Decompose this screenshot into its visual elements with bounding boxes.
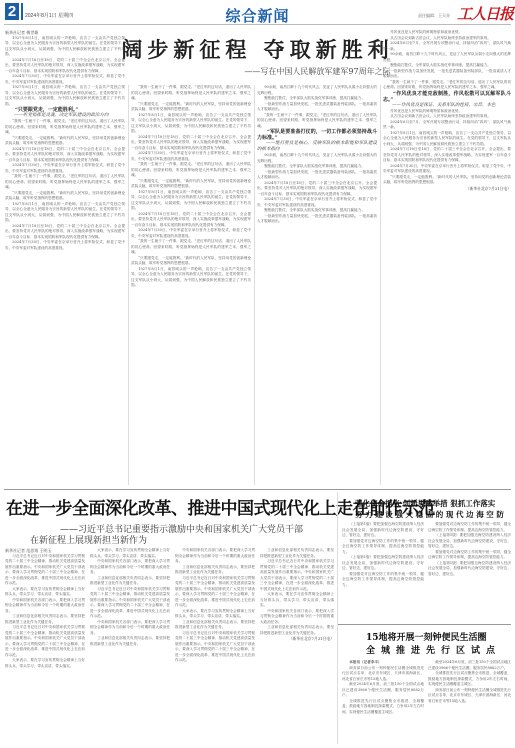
paragraph: 1927年8月1日，南昌城头的一声枪响，宣告了一支由共产党独立领导、以全心全意为… <box>5 202 125 224</box>
paragraph: 聚焦能打胜仗，全军部队大抓实战化军事训练，提高打赢能力。 <box>257 164 377 170</box>
paragraph: 大家表示，要在学习宣传贯彻全会精神上当好排头兵，带头学习、带头宣讲、带头落实。 <box>260 592 334 609</box>
article2-subhead-2: 在新征程上展现新担当新作为 <box>30 533 147 546</box>
paragraph: 工业和信息化部相关负责同志表示，要坚持把推进新型工业化作为关键任务。 <box>260 625 334 636</box>
paragraph: 中央和国家机关各部门表示，要把深入学习贯彻全会精神作为当前和今后一个时期的重大政… <box>90 559 170 576</box>
paragraph: 90余载，南昌江畔十九个时代风云，见证了人民军队从弱小走向强大的光辉历程。 <box>257 85 377 96</box>
paragraph: 90余载，南昌江畔十九个时代风云，见证了人民军队从弱小走向强大的光辉历程。 <box>257 153 377 164</box>
lead-column-1: 新华社记者 梅世雄 1927年8月1日，南昌城头的一声枪响，宣告了一支由共产党独… <box>5 30 125 485</box>
paragraph: 2024年7月18日至18日，党的二十届三中全会在北京召开。全会提出，要坚持党对… <box>5 58 125 75</box>
paragraph: 2024年7月30日，中央军委在京举行晋升上将军衔仪式，彰显了党中央、中央军委对… <box>5 240 125 251</box>
article3-column-2: 要加强党对边海空防工作的集中统一领导，健全边海空防工作领导体制，提高边海空防管控… <box>428 522 511 620</box>
paragraph: 2024年7月30日，中央军委在京举行晋升上将军衔仪式，彰显了党中央、中央军委对… <box>131 228 251 239</box>
column-rule <box>128 85 129 485</box>
paragraph: 1927年8月1日，南昌城头的一声枪响，宣告了一支由共产党独立领导、以全心全意为… <box>5 36 125 58</box>
paragraph: 工业和信息化部相关负责同志表示，要坚持把推进新型工业化作为关键任务。 <box>90 636 170 647</box>
paragraph: “我的一生就干了一件事，跟党走。”老红军的这句话，道出了人民军队的初心使命。回望… <box>5 119 125 136</box>
article4-column-1: 本报讯（记者李丰） 商务部日前公布一刻钟便民生活圈全城推进先行区试点名单，北京市… <box>342 660 424 746</box>
paragraph: 习近平总书记近日对中央和国家机关学习贯彻党的二十届三中全会精神、推动机关党建高质… <box>175 576 255 609</box>
lead-column-2: “我的一生就干了一件事，跟党走。”老红军的这句话，道出了人民军队的初心使命。回望… <box>131 85 251 485</box>
lead-column-4: 作风优良是人民军队的鲜明特质和政治优势。 从古田会议到新古田会议，人民军队始终坚… <box>383 30 511 485</box>
paragraph: “只要跟党走，一定能胜利。”新时代的人民军队，坚持用党的创新理论武装头脑，筑牢听… <box>5 136 125 147</box>
paragraph: 2024年7月30日，中央军委在京举行晋升上将军衔仪式，彰显了党中央、中央军委对… <box>131 151 251 162</box>
column-rule <box>337 492 338 744</box>
paragraph: 要加强党对边海空防工作的集中统一领导，健全边海空防工作领导体制，提高边海空防管控… <box>428 550 511 561</box>
article2-column-1: 新华社记者 范思翔 王明玉 习近平总书记近日对中央和国家机关学习贯彻党的二十届三… <box>5 548 85 744</box>
paragraph: 聚焦能打胜仗，全军部队大抓实战化军事训练，提高打赢能力。 <box>257 208 377 214</box>
paragraph: 2024年7月18日至18日，党的二十届三中全会在北京召开。全会提出，要坚持党对… <box>383 147 511 164</box>
paragraph: 全城推进先行区试点聚焦全市推进、全域覆盖，鼓励地方因地制宜探索模式，力争用2年左… <box>428 671 511 688</box>
paragraph: 1927年8月1日，南昌城头的一声枪响，宣告了一支由共产党独立领导、以全心全意为… <box>383 131 511 148</box>
paragraph: “我的一生就干了一件事，跟党走。”老红军的这句话，道出了人民军队的初心使命。回望… <box>131 162 251 179</box>
paragraph: 工业和信息化部相关负责同志表示，要坚持把推进新型工业化作为关键任务。 <box>260 548 334 559</box>
paragraph: “我的一生就干了一件事，跟党走。”老红军的这句话，道出了人民军队的初心使命。回望… <box>383 80 511 91</box>
paragraph: 习近平总书记近日对中央和国家机关学习贯彻党的二十届三中全会精神、推动机关党建高质… <box>90 587 170 620</box>
article4-column-2: 截至2024年6月底，前三批150个全国试点地区已建设3966个便民生活圈，服务… <box>428 660 511 746</box>
paragraph: 聚焦能打胜仗，全军部队大抓实战化军事训练，提高打赢能力。 <box>257 96 377 102</box>
article2-column-4: 工业和信息化部相关负责同志表示，要坚持把推进新型工业化作为关键任务。 习近平总书… <box>260 548 334 744</box>
paragraph: 要加强党对边海空防工作的集中统一领导，健全边海空防工作领导体制，提高边海空防管控… <box>342 539 424 556</box>
section-subheading: ——能打胜仗是核心，反映军队的根本职能和军队建设的根本指向 <box>257 141 377 153</box>
paragraph: 工业和信息化部相关负责同志表示，要坚持把推进新型工业化作为关键任务。 <box>5 614 85 625</box>
paragraph: “只要跟党走，一定能胜利。”新时代的人民军队，坚持用党的创新理论武装头脑，筑牢听… <box>131 256 251 267</box>
paragraph: 中央和国家机关各部门表示，要把深入学习贯彻全会精神作为当前和今后一个时期的重大政… <box>5 598 85 615</box>
paragraph: 一批新型作战力量加快发展，一批先进武器装备列装部队，一批高素质人才脱颖而出。 <box>383 69 511 80</box>
paragraph: 要加强党对边海空防工作的集中统一领导，健全边海空防工作领导体制，提高边海空防管控… <box>342 572 424 589</box>
editor-credit: 责任编辑：王天奇 <box>418 13 450 19</box>
column-rule <box>254 85 255 485</box>
paragraph: “只要跟党走，一定能胜利。”新时代的人民军队，坚持用党的创新理论武装头脑，筑牢听… <box>131 102 251 113</box>
paragraph: 截至2024年6月底，前三批150个全国试点地区已建设3966个便民生活圈，服务… <box>342 682 424 699</box>
paragraph: 大家表示，要在学习宣传贯彻全会精神上当好排头兵，带头学习、带头宣讲、带头落实。 <box>90 548 170 559</box>
paragraph: “我的一生就干了一件事，跟党走。”老红军的这句话，道出了人民军队的初心使命。回望… <box>131 239 251 256</box>
paragraph: 工业和信息化部相关负责同志表示，要坚持把推进新型工业化作为关键任务。 <box>175 565 255 576</box>
paragraph: 要加强党对边海空防工作的集中统一领导，健全边海空防工作领导体制，提高边海空防管控… <box>428 522 511 533</box>
paragraph: （上接第1版）要把加强边海空防建设纳入经济社会发展全局，加强新时代边海空防建设，… <box>342 522 424 539</box>
article2-column-3: 中央和国家机关各部门表示，要把深入学习贯彻全会精神作为当前和今后一个时期的重大政… <box>175 548 255 744</box>
paragraph: （上接第1版）要把加强边海空防建设纳入经济社会发展全局，加强新时代边海空防建设，… <box>342 555 424 572</box>
paragraph: 习近平总书记近日对中央和国家机关学习贯彻党的二十届三中全会精神、推动机关党建高质… <box>260 559 334 592</box>
paragraph: 大家表示，要在学习宣传贯彻全会精神上当好排头兵，带头学习、带头宣讲、带头落实。 <box>5 587 85 598</box>
article3-column-1: （上接第1版）要把加强边海空防建设纳入经济社会发展全局，加强新时代边海空防建设，… <box>342 522 424 620</box>
paragraph: 中央和国家机关各部门表示，要把深入学习贯彻全会精神作为当前和今后一个时期的重大政… <box>260 609 334 626</box>
article-divider <box>338 624 511 625</box>
header-divider <box>4 24 511 25</box>
paragraph: 习近平总书记近日对中央和国家机关学习贯彻党的二十届三中全会精神、推动机关党建高质… <box>175 631 255 664</box>
paragraph: 商务部日前公布一刻钟便民生活圈全城推进先行区试点名单，北京市东城区、天津市滨海新… <box>342 666 424 683</box>
paragraph: 一批新型作战力量加快发展，一批先进武器装备列装部队，一批高素质人才脱颖而出。 <box>257 170 377 181</box>
paragraph: “我的一生就干了一件事，跟党走。”老红军的这句话，道出了人民军队的初心使命。回望… <box>131 85 251 102</box>
paragraph: 一批新型作战力量加快发展，一批先进武器装备列装部队，一批高素质人才脱颖而出。 <box>257 214 377 225</box>
dateline: （新华社北京7月31日电） <box>260 636 334 642</box>
paragraph: 2024年7月30日，中央军委在京举行晋升上将军衔仪式，彰显了党中央、中央军委对… <box>257 197 377 208</box>
article2-column-2: 大家表示，要在学习宣传贯彻全会精神上当好排头兵，带头学习、带头宣讲、带头落实。 … <box>90 548 170 744</box>
article3-headline-1: 强化使命担当 创新思路举措 狠抓工作落实 <box>355 498 495 509</box>
article4-headline-1: 15地将开展一刻钟便民生活圈 <box>366 630 487 643</box>
paragraph: 大家表示，要在学习宣传贯彻全会精神上当好排头兵，带头学习、带头宣讲、带头落实。 <box>5 658 85 669</box>
article3-headline-2: 努力建设强大稳固的现代边海空防 <box>355 509 507 520</box>
paragraph: （上接第1版）要把加强边海空防建设纳入经济社会发展全局，加强新时代边海空防建设，… <box>428 561 511 578</box>
paragraph: “只要跟党走，一定能胜利。”新时代的人民军队，坚持用党的创新理论武装头脑，筑牢听… <box>5 191 125 202</box>
lead-column-3: 90余载，南昌江畔十九个时代风云，见证了人民军队从弱小走向强大的光辉历程。 聚焦… <box>257 85 377 485</box>
section-heading: “军队是要准备打仗的，一切工作都必须坚持战斗力标准。” <box>257 129 377 141</box>
paragraph: 2024年7月18日至18日，党的二十届三中全会在北京召开。全会提出，要坚持党对… <box>131 135 251 152</box>
paragraph: 1927年8月1日，南昌城头的一声枪响，宣告了一支由共产党独立领导、以全心全意为… <box>5 85 125 107</box>
paragraph: “我的一生就干了一件事，跟党走。”老红军的这句话，道出了人民军队的初心使命。回望… <box>257 113 377 130</box>
paragraph: 中央和国家机关各部门表示，要把深入学习贯彻全会精神作为当前和今后一个时期的重大政… <box>175 548 255 565</box>
paragraph: 2024年7月30日，中央军委在京举行晋升上将军衔仪式，彰显了党中央、中央军委对… <box>5 74 125 85</box>
section-subheading: ——作风优良是保证，关系军队的性质、宗旨、本色 <box>383 103 511 109</box>
paragraph: 1927年8月1日，南昌城头的一声枪响，宣告了一支由共产党独立领导、以全心全意为… <box>131 113 251 135</box>
paragraph: 2024年7月18日至18日，党的二十届三中全会在北京召开。全会提出，要坚持党对… <box>131 212 251 229</box>
paragraph: 工业和信息化部相关负责同志表示，要坚持把推进新型工业化作为关键任务。 <box>175 620 255 631</box>
column-rule <box>380 85 381 485</box>
paragraph: 中央和国家机关各部门表示，要把深入学习贯彻全会精神作为当前和今后一个时期的重大政… <box>90 620 170 637</box>
paragraph: 2024年7月18日至18日，党的二十届三中全会在北京召开。全会提出，要坚持党对… <box>257 181 377 198</box>
paragraph: 大家表示，要在学习宣传贯彻全会精神上当好排头兵，带头学习、带头宣讲、带头落实。 <box>175 609 255 620</box>
paragraph: 商务部日前公布一刻钟便民生活圈全城推进先行区试点名单，北京市东城区、天津市滨海新… <box>428 688 511 705</box>
article4-headline-2: 全城推进先行区试点 <box>366 643 501 656</box>
paragraph: 2024年7月18日至18日，党的二十届三中全会在北京召开。全会提出，要坚持党对… <box>5 224 125 241</box>
newspaper-logo: 工人日报 <box>457 3 513 24</box>
paragraph: 全城推进先行区试点聚焦全市推进、全域覆盖，鼓励地方因地制宜探索模式，力争用2年左… <box>342 699 424 716</box>
paragraph: 2024年6月至7月，全军开展专项整治行动，持续纠治“四风”，部队风气焕然一新。 <box>383 120 511 131</box>
paragraph: 工业和信息化部相关负责同志表示，要坚持把推进新型工业化作为关键任务。 <box>90 576 170 587</box>
byline: 本报讯（记者李丰） <box>349 660 381 664</box>
article-divider <box>4 489 511 490</box>
paragraph: “只要跟党走，一定能胜利。”新时代的人民军队，坚持用党的创新理论武装头脑，筑牢听… <box>131 179 251 190</box>
dateline: （新华社北京7月31日电） <box>383 186 511 192</box>
paragraph: 90余载，南昌江畔十九个时代风云，见证了人民军队从弱小走向强大的光辉历程。 <box>383 52 511 63</box>
paragraph: 1927年8月1日，南昌城头的一声枪响，宣告了一支由共产党独立领导、以全心全意为… <box>131 190 251 212</box>
paragraph: 2024年7月30日，中央军委在京举行晋升上将军衔仪式，彰显了党中央、中央军委对… <box>383 164 511 175</box>
paragraph: “只要跟党走，一定能胜利。”新时代的人民军队，坚持用党的创新理论武装头脑，筑牢听… <box>383 175 511 186</box>
paragraph: 一批新型作战力量加快发展，一批先进武器装备列装部队，一批高素质人才脱颖而出。 <box>257 102 377 113</box>
paragraph: 2024年7月18日至18日，党的二十届三中全会在北京召开。全会提出，要坚持党对… <box>5 147 125 164</box>
page-header: 2 2024年8月1日 星期四 综合新闻 责任编辑：王天奇 工人日报 <box>0 0 515 24</box>
paragraph: 2024年7月30日，中央军委在京举行晋升上将军衔仪式，彰显了党中央、中央军委对… <box>5 163 125 174</box>
paragraph: （上接第1版）要把加强边海空防建设纳入经济社会发展全局，加强新时代边海空防建设，… <box>428 533 511 550</box>
paragraph: 习近平总书记近日对中央和国家机关学习贯彻党的二十届三中全会精神、推动机关党建高质… <box>5 625 85 658</box>
paragraph: 2024年6月至7月，全军开展专项整治行动，持续纠治“四风”，部队风气焕然一新。 <box>383 41 511 52</box>
paragraph: “我的一生就干了一件事，跟党走。”老红军的这句话，道出了人民军队的初心使命。回望… <box>5 174 125 191</box>
paragraph: 1927年8月1日，南昌城头的一声枪响，宣告了一支由共产党独立领导、以全心全意为… <box>131 267 251 289</box>
paragraph: 截至2024年6月底，前三批150个全国试点地区已建设3966个便民生活圈，服务… <box>428 660 511 671</box>
paragraph: 习近平总书记近日对中央和国家机关学习贯彻党的二十届三中全会精神、推动机关党建高质… <box>5 554 85 587</box>
section-heading: “作风优良才能克敌制胜，作风松散可以瓦解军队斗志。” <box>383 91 511 103</box>
